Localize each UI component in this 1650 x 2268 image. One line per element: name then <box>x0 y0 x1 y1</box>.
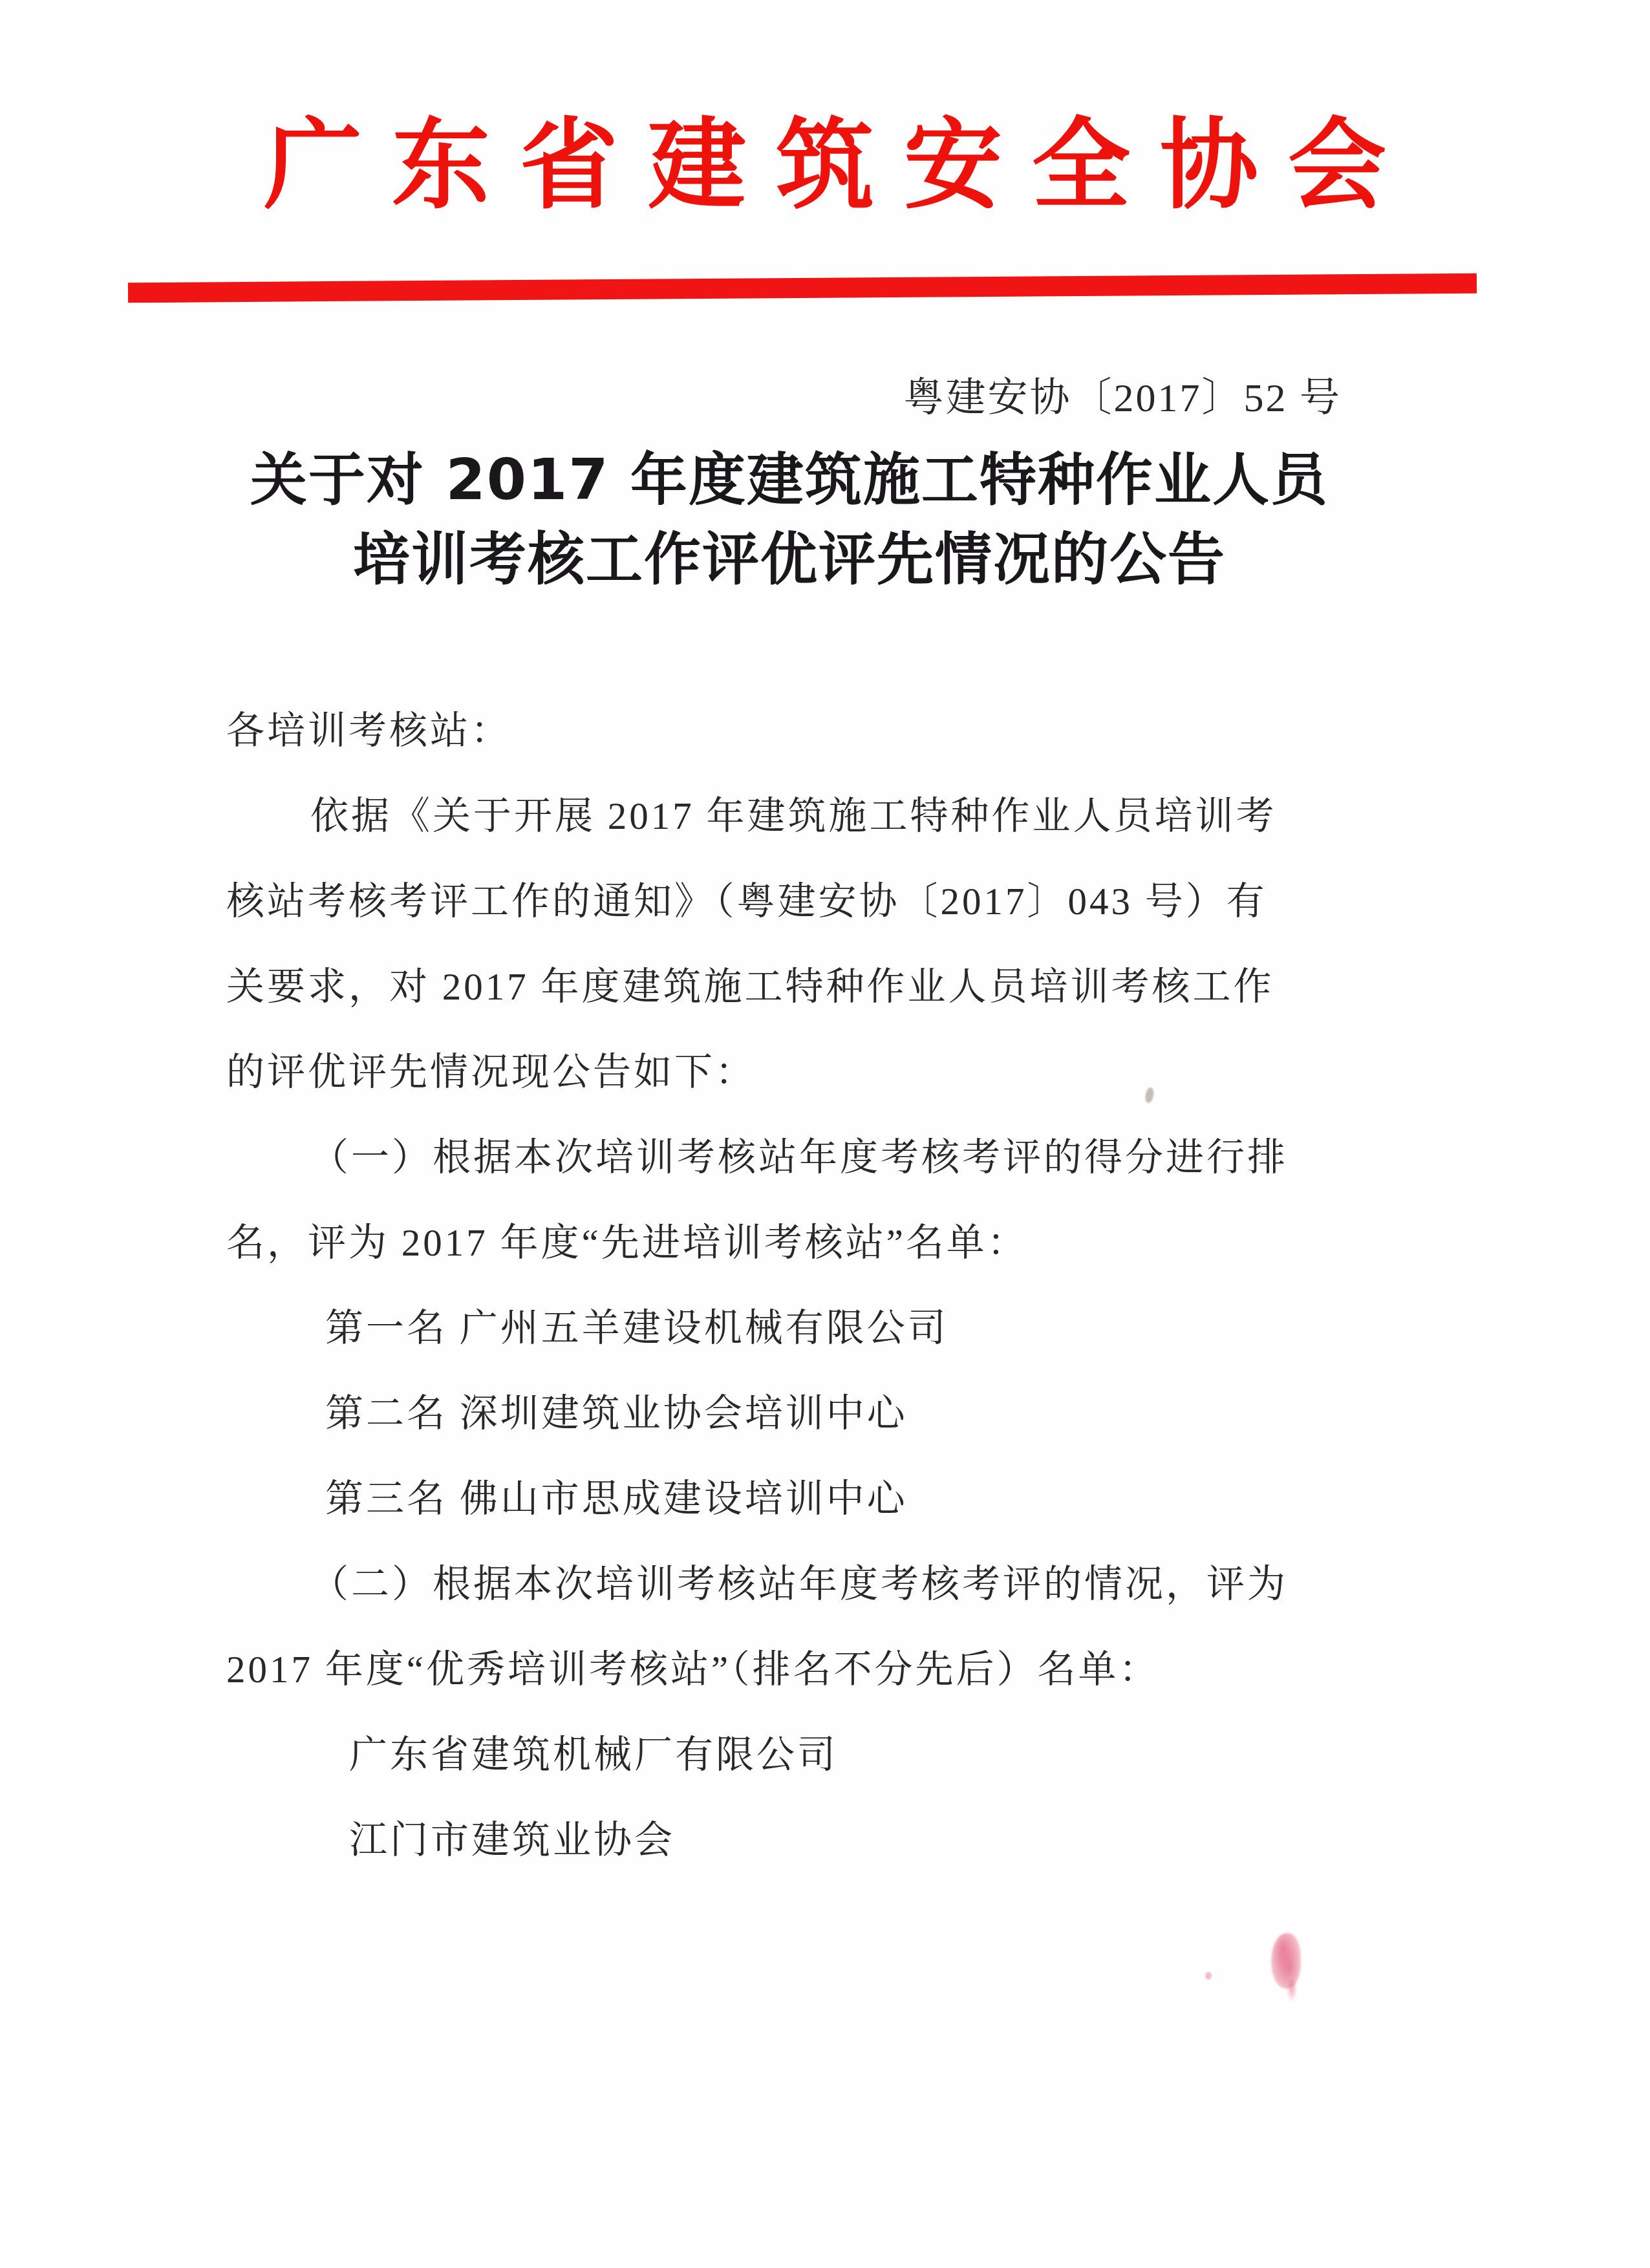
document-title: 关于对 2017 年度建筑施工特种作业人员 培训考核工作评优评先情况的公告 <box>0 440 1614 599</box>
body-line-rank-1: 第一名 广州五羊建设机械有限公司 <box>226 1285 1377 1371</box>
body-line: 名，评为 2017 年度“先进培训考核站”名单： <box>226 1200 1377 1285</box>
body-line-section-2: （二）根据本次培训考核站年度考核考评的情况，评为 <box>226 1541 1377 1627</box>
body-line: 的评优评先情况现公告如下： <box>226 1029 1377 1115</box>
scanned-document-page: 广东省建筑安全协会 粤建安协〔2017〕52 号 关于对 2017 年度建筑施工… <box>0 0 1650 2268</box>
body-line-section-1: （一）根据本次培训考核站年度考核考评的得分进行排 <box>226 1115 1377 1200</box>
body-line-list-item: 江门市建筑业协会 <box>226 1797 1377 1883</box>
body-line: 2017 年度“优秀培训考核站”（排名不分先后）名单： <box>226 1627 1377 1712</box>
document-title-line-1: 关于对 2017 年度建筑施工特种作业人员 <box>0 440 1614 519</box>
body-line-salutation: 各培训考核站： <box>226 688 1377 773</box>
body-line: 依据《关于开展 2017 年建筑施工特种作业人员培训考 <box>226 773 1377 859</box>
pink-ink-stain-tail <box>1287 1980 1297 2002</box>
body-line: 核站考核考评工作的通知》（粤建安协〔2017〕043 号）有 <box>226 859 1377 944</box>
body-line-list-item: 广东省建筑机械厂有限公司 <box>226 1712 1377 1797</box>
body-line-rank-3: 第三名 佛山市思成建设培训中心 <box>226 1456 1377 1541</box>
pink-ink-stain-speck <box>1205 1972 1212 1980</box>
body-line-rank-2: 第二名 深圳建筑业协会培训中心 <box>226 1371 1377 1456</box>
document-title-line-2: 培训考核工作评优评先情况的公告 <box>0 519 1614 599</box>
document-number: 粤建安协〔2017〕52 号 <box>903 376 1342 420</box>
pink-ink-stain <box>1271 1933 1301 1989</box>
letterhead-red-rule <box>128 273 1477 303</box>
body-line: 关要求，对 2017 年度建筑施工特种作业人员培训考核工作 <box>226 944 1377 1029</box>
document-body: 各培训考核站： 依据《关于开展 2017 年建筑施工特种作业人员培训考 核站考核… <box>226 688 1377 1883</box>
letterhead-org-name: 广东省建筑安全协会 <box>0 103 1650 226</box>
